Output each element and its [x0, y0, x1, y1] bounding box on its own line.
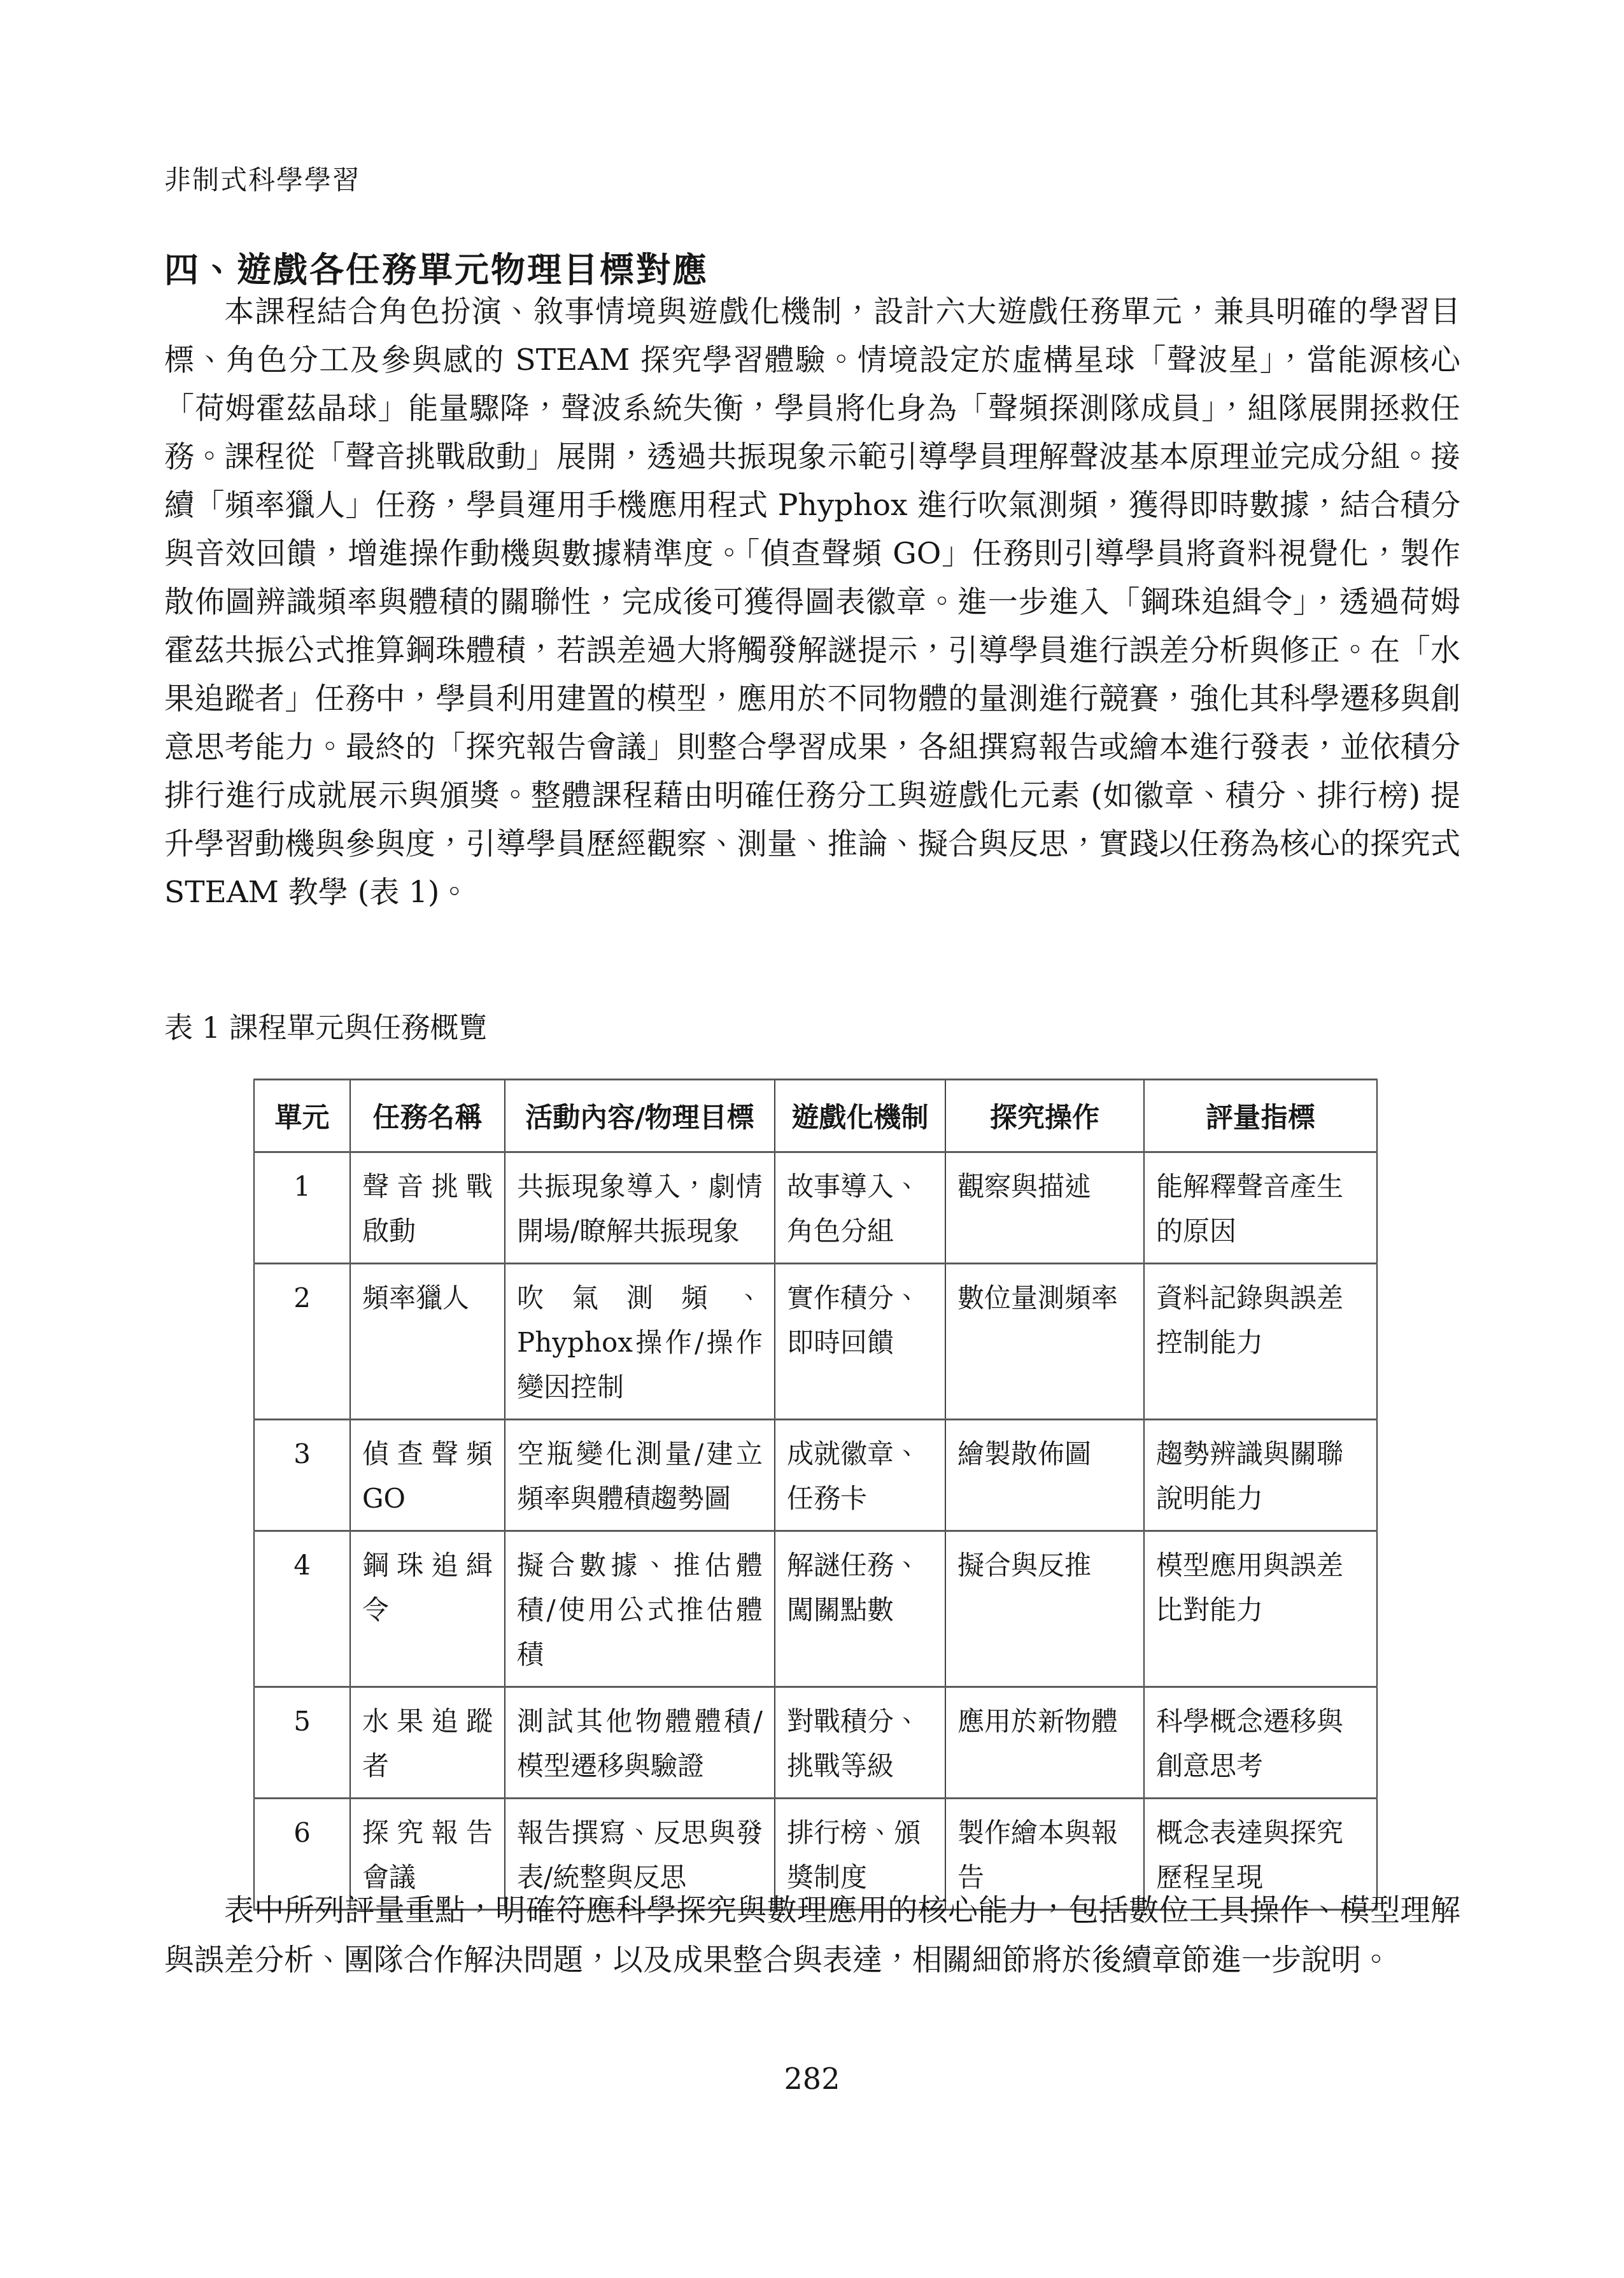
cell-assessment: 模型應用與誤差比對能力 — [1144, 1531, 1377, 1687]
cell-activity: 空瓶變化測量/建立頻率與體積趨勢圖 — [505, 1420, 775, 1531]
column-header-unit: 單元 — [254, 1080, 350, 1152]
cell-task-name: 鋼珠追緝令 — [350, 1531, 505, 1687]
cell-task-name: 偵查聲頻 GO — [350, 1420, 505, 1531]
table-header-row: 單元 任務名稱 活動內容/物理目標 遊戲化機制 探究操作 評量指標 — [254, 1080, 1377, 1152]
cell-activity: 吹氣測頻、Phyphox操作/操作變因控制 — [505, 1264, 775, 1420]
column-header-assessment: 評量指標 — [1144, 1080, 1377, 1152]
cell-assessment: 能解釋聲音產生的原因 — [1144, 1152, 1377, 1264]
cell-inquiry: 觀察與描述 — [945, 1152, 1144, 1264]
column-header-task-name: 任務名稱 — [350, 1080, 505, 1152]
cell-gamification: 成就徽章、任務卡 — [775, 1420, 945, 1531]
table-row: 5 水果追蹤者 測試其他物體體積/模型遷移與驗證 對戰積分、挑戰等級 應用於新物… — [254, 1687, 1377, 1799]
cell-gamification: 對戰積分、挑戰等級 — [775, 1687, 945, 1799]
table-row: 2 頻率獵人 吹氣測頻、Phyphox操作/操作變因控制 實作積分、即時回饋 數… — [254, 1264, 1377, 1420]
table-row: 1 聲音挑戰啟動 共振現象導入，劇情開場/瞭解共振現象 故事導入、角色分組 觀察… — [254, 1152, 1377, 1264]
cell-task-name: 頻率獵人 — [350, 1264, 505, 1420]
cell-unit: 4 — [254, 1531, 350, 1687]
column-header-inquiry: 探究操作 — [945, 1080, 1144, 1152]
cell-assessment: 科學概念遷移與創意思考 — [1144, 1687, 1377, 1799]
cell-activity: 擬合數據、推估體積/使用公式推估體積 — [505, 1531, 775, 1687]
column-header-gamification: 遊戲化機制 — [775, 1080, 945, 1152]
body-paragraph: 本課程結合角色扮演、敘事情境與遊戲化機制，設計六大遊戲任務單元，兼具明確的學習目… — [164, 288, 1460, 917]
cell-assessment: 趨勢辨識與關聯說明能力 — [1144, 1420, 1377, 1531]
running-head: 非制式科學學習 — [164, 159, 360, 197]
cell-task-name: 水果追蹤者 — [350, 1687, 505, 1799]
table-row: 3 偵查聲頻 GO 空瓶變化測量/建立頻率與體積趨勢圖 成就徽章、任務卡 繪製散… — [254, 1420, 1377, 1531]
cell-inquiry: 繪製散佈圖 — [945, 1420, 1144, 1531]
cell-inquiry: 擬合與反推 — [945, 1531, 1144, 1687]
cell-inquiry: 數位量測頻率 — [945, 1264, 1144, 1420]
cell-inquiry: 應用於新物體 — [945, 1687, 1144, 1799]
column-header-activity: 活動內容/物理目標 — [505, 1080, 775, 1152]
cell-assessment: 資料記錄與誤差控制能力 — [1144, 1264, 1377, 1420]
table-caption: 表 1 課程單元與任務概覽 — [164, 1005, 487, 1046]
cell-unit: 5 — [254, 1687, 350, 1799]
page-number: 282 — [0, 2062, 1624, 2096]
table-row: 4 鋼珠追緝令 擬合數據、推估體積/使用公式推估體積 解謎任務、闖關點數 擬合與… — [254, 1531, 1377, 1687]
cell-unit: 2 — [254, 1264, 350, 1420]
document-page: 非制式科學學習 四、遊戲各任務單元物理目標對應 本課程結合角色扮演、敘事情境與遊… — [0, 0, 1624, 2278]
cell-gamification: 實作積分、即時回饋 — [775, 1264, 945, 1420]
cell-unit: 1 — [254, 1152, 350, 1264]
cell-task-name: 聲音挑戰啟動 — [350, 1152, 505, 1264]
cell-activity: 測試其他物體體積/模型遷移與驗證 — [505, 1687, 775, 1799]
section-heading: 四、遊戲各任務單元物理目標對應 — [164, 243, 709, 292]
cell-gamification: 解謎任務、闖關點數 — [775, 1531, 945, 1687]
cell-activity: 共振現象導入，劇情開場/瞭解共振現象 — [505, 1152, 775, 1264]
course-units-table: 單元 任務名稱 活動內容/物理目標 遊戲化機制 探究操作 評量指標 1 聲音挑戰… — [253, 1079, 1378, 1911]
closing-paragraph: 表中所列評量重點，明確符應科學探究與數理應用的核心能力，包括數位工具操作、模型理… — [164, 1886, 1460, 1985]
cell-unit: 3 — [254, 1420, 350, 1531]
cell-gamification: 故事導入、角色分組 — [775, 1152, 945, 1264]
